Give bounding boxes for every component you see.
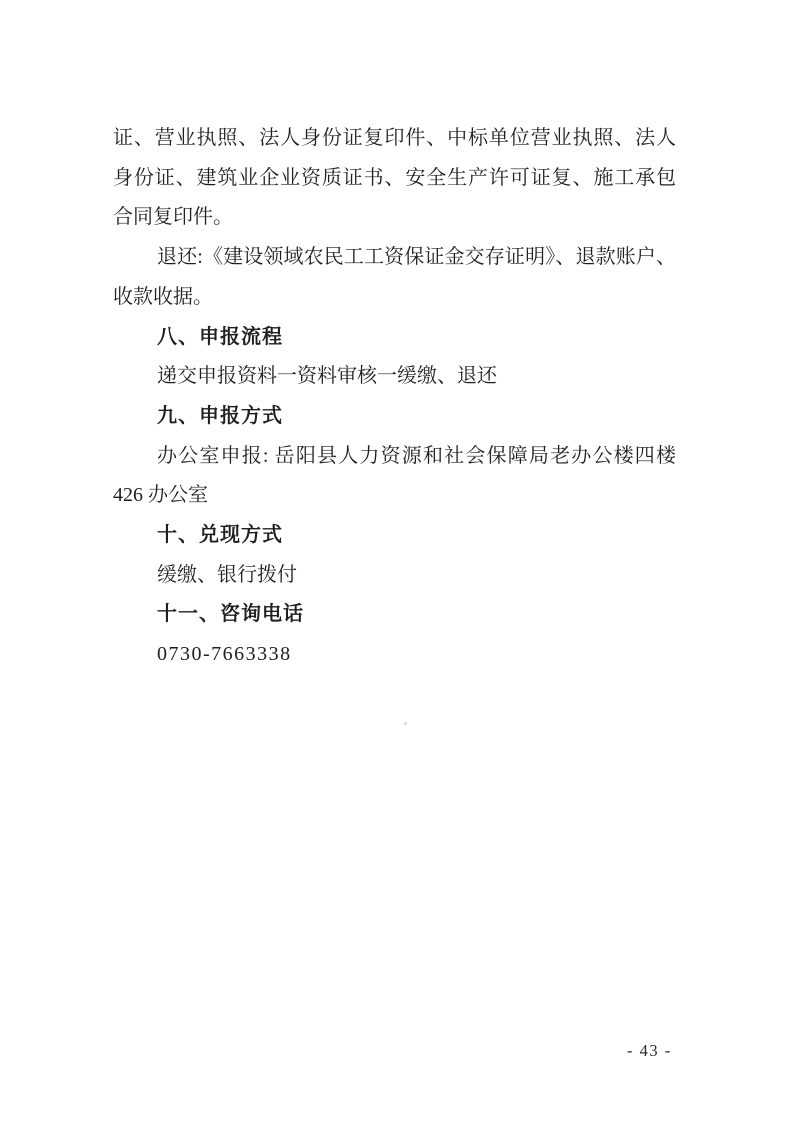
section-heading: 八、申报流程 [113,322,676,352]
body-line: 身份证、建筑业企业资质证书、安全生产许可证复、施工承包 [113,163,676,193]
body-line: 办公室申报: 岳阳县人力资源和社会保障局老办公楼四楼 [113,441,676,471]
body-line: 合同复印件。 [113,202,676,232]
document-page: 证、营业执照、法人身份证复印件、中标单位营业执照、法人 身份证、建筑业企业资质证… [0,0,793,1121]
section-heading: 十、兑现方式 [113,520,676,550]
body-line: 证、营业执照、法人身份证复印件、中标单位营业执照、法人 [113,123,676,153]
page-number: - 43 - [627,1040,672,1062]
body-line: 收款收据。 [113,282,676,312]
section-heading: 十一、咨询电话 [113,599,676,629]
phone-number: 0730-7663338 [113,639,676,669]
body-line: 退还:《建设领域农民工工资保证金交存证明》、退款账户、 [113,242,676,272]
body-line: 递交申报资料一资料审核一缓缴、退还 [113,361,676,391]
body-line: 缓缴、银行拨付 [113,560,676,590]
scan-artifact-dot [404,722,407,725]
body-line: 426 办公室 [113,480,676,510]
section-heading: 九、申报方式 [113,401,676,431]
